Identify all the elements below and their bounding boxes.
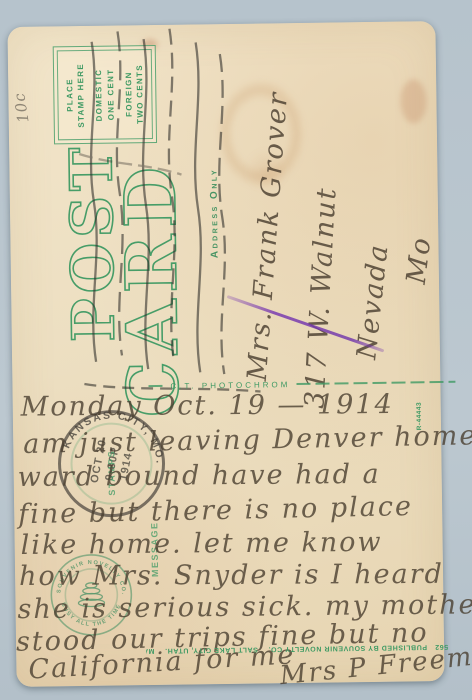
divider-dash (296, 381, 455, 385)
address-only-label: Address Only (209, 130, 221, 258)
divider-dash (148, 385, 164, 387)
message-line: how Mrs. Snyder is I heard (19, 559, 444, 592)
message-line: like home. let me know (21, 527, 383, 561)
message-line: ward bound have had a (18, 459, 381, 493)
price-mark: 10c (8, 66, 32, 124)
cancellation-lines (77, 28, 260, 394)
address-line: Mo (403, 191, 443, 286)
address-line: 317 W. Walnut (301, 108, 346, 409)
message-line: Monday Oct. 19 — 1914 (21, 389, 394, 423)
photochrom-label: C.T. PHOTOCHROM (170, 380, 290, 391)
cancellation-marks (73, 23, 268, 418)
address-line: Nevada (353, 147, 404, 361)
postcard: 10c PLACE STAMP HERE DOMESTIC ONE CENT F… (7, 21, 444, 687)
stain (400, 79, 427, 123)
